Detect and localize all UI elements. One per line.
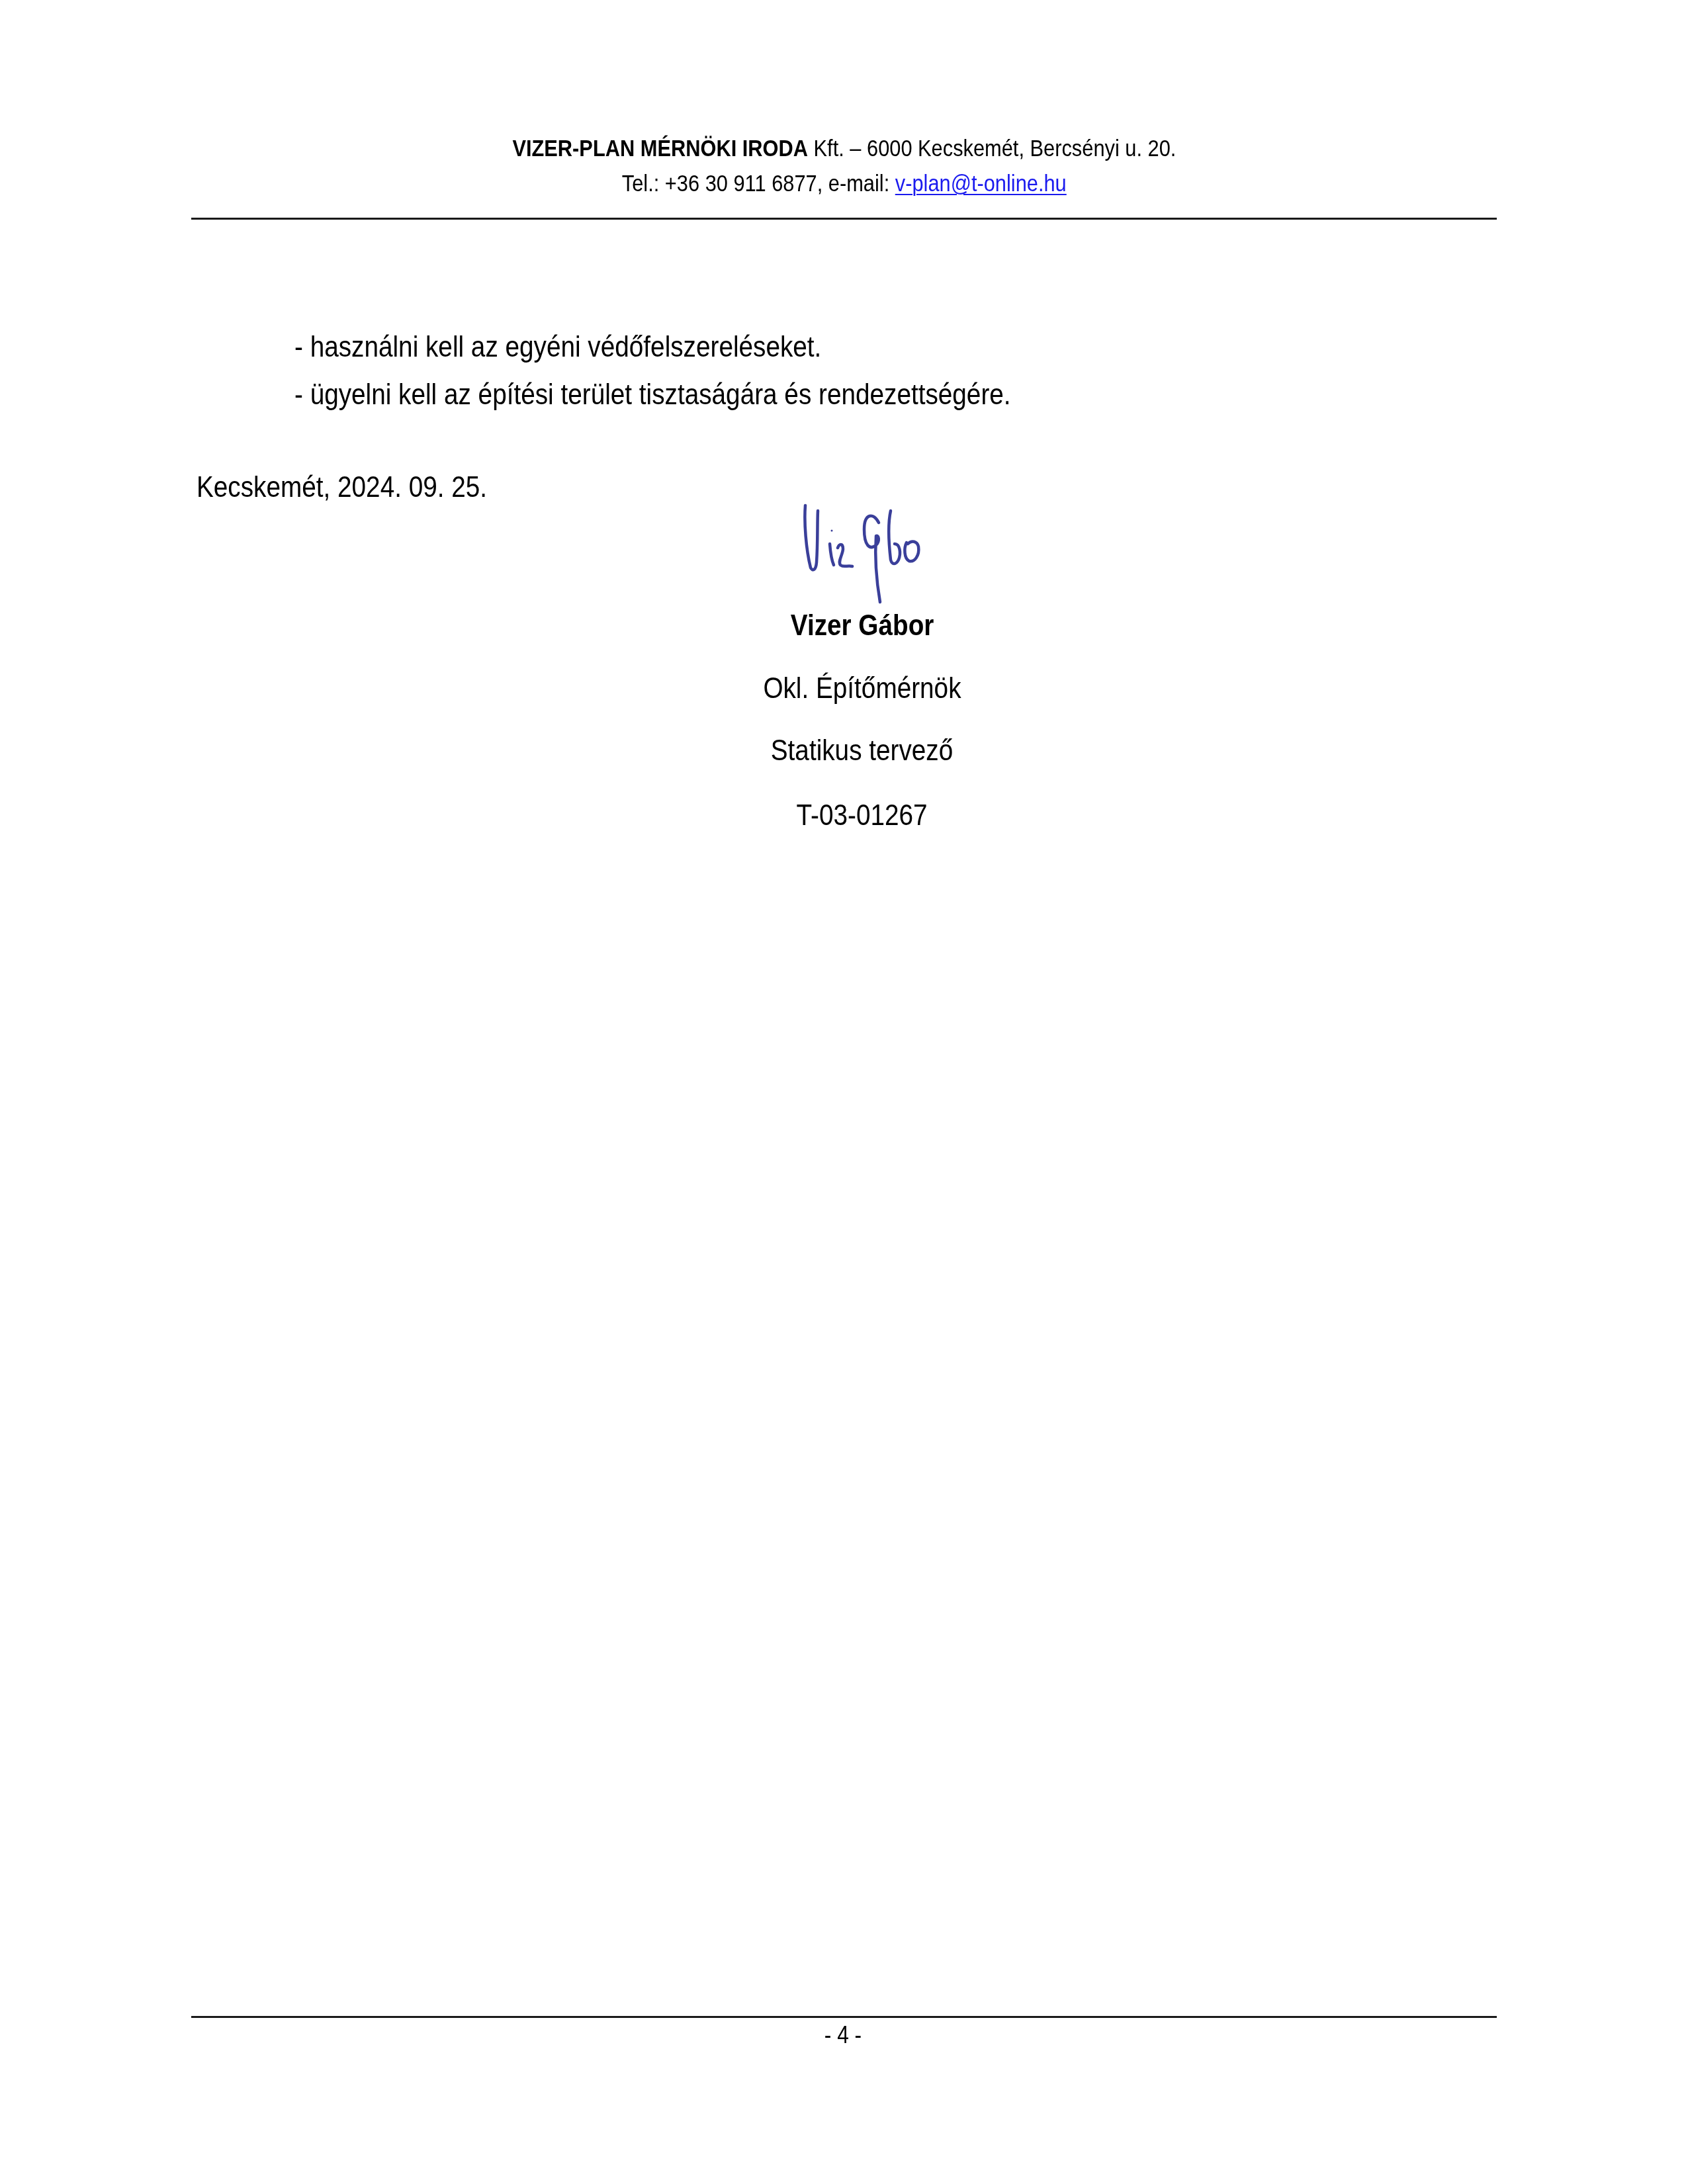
signatory-name-text: Vizer Gábor xyxy=(791,611,934,640)
company-address: Kft. – 6000 Kecskemét, Bercsényi u. 20. xyxy=(808,136,1176,161)
signatory-title-text: Okl. Építőmérnök xyxy=(763,674,961,703)
letterhead-company-wrapper: VIZER-PLAN MÉRNÖKI IRODA Kft. – 6000 Kec… xyxy=(512,137,1176,160)
letterhead-company-line: VIZER-PLAN MÉRNÖKI IRODA Kft. – 6000 Kec… xyxy=(0,137,1688,160)
list-item-text: - ügyelni kell az építési terület tiszta… xyxy=(294,380,1011,410)
signatory-role-text: Statikus tervező xyxy=(771,736,953,765)
list-item-text: - használni kell az egyéni védőfelszerel… xyxy=(294,333,821,362)
list-item: - használni kell az egyéni védőfelszerel… xyxy=(294,333,893,362)
footer-divider xyxy=(191,2016,1497,2018)
signatory-name: Vizer Gábor xyxy=(0,611,1688,640)
email-link[interactable]: v-plan@t-online.hu xyxy=(895,171,1066,197)
header-divider xyxy=(191,218,1497,220)
signatory-title: Okl. Építőmérnök xyxy=(0,674,1688,703)
company-name: VIZER-PLAN MÉRNÖKI IRODA xyxy=(512,136,808,161)
signature-icon xyxy=(794,496,933,612)
place-and-date: Kecskemét, 2024. 09. 25. xyxy=(197,473,527,502)
page-number: - 4 - xyxy=(0,2023,1686,2047)
contact-phone: Tel.: +36 30 911 6877, e-mail: xyxy=(622,171,895,197)
place-and-date-text: Kecskemét, 2024. 09. 25. xyxy=(197,473,487,502)
license-number: T-03-01267 xyxy=(0,801,1688,830)
list-item: - ügyelni kell az építési terület tiszta… xyxy=(294,380,1108,410)
license-number-text: T-03-01267 xyxy=(797,801,928,830)
page-number-text: - 4 - xyxy=(824,2023,862,2047)
signatory-role: Statikus tervező xyxy=(0,736,1688,765)
letterhead-contact-line: Tel.: +36 30 911 6877, e-mail: v-plan@t-… xyxy=(0,172,1688,195)
letterhead-contact-wrapper: Tel.: +36 30 911 6877, e-mail: v-plan@t-… xyxy=(622,172,1067,195)
